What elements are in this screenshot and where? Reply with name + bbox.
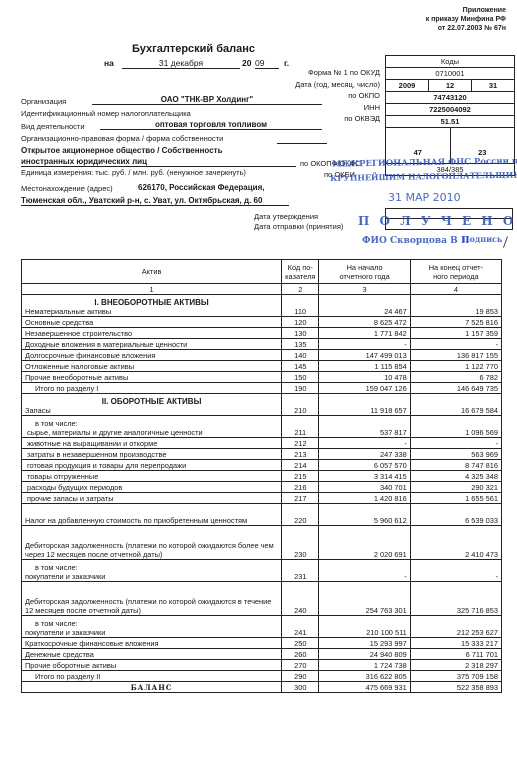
row-code: 211 [282, 416, 319, 438]
row-code: 140 [282, 350, 319, 361]
table-row: прочие запасы и затраты2171 420 8161 655… [22, 493, 502, 504]
table-row: II. ОБОРОТНЫЕ АКТИВЫЗапасы21011 918 6571… [22, 394, 502, 416]
row-start-value: 1 420 816 [319, 493, 410, 504]
address-value-2: Тюменская обл., Уватский р-н, с. Уват, у… [21, 196, 289, 206]
header-code: Код по- казателя [282, 260, 319, 284]
stamp-name: ФИО Скворцова В П [362, 236, 469, 246]
row-code: 217 [282, 493, 319, 504]
section-title: II. ОБОРОТНЫЕ АКТИВЫ [25, 397, 278, 406]
table-row: Итого по разделу II290316 622 805375 709… [22, 671, 502, 682]
row-label: Итого по разделу II [22, 671, 282, 682]
row-start-value: 11 918 657 [319, 394, 410, 416]
row-label-text: Итого по разделу I [25, 384, 278, 393]
row-code: 290 [282, 671, 319, 682]
table-row: Прочие внеоборотные активы15010 4786 782 [22, 372, 502, 383]
row-label: Доходные вложения в материальные ценност… [22, 339, 282, 350]
row-label: Денежные средства [22, 649, 282, 660]
row-label: Дебиторская задолженность (платежи по ко… [22, 526, 282, 560]
row-end-value: - [410, 438, 501, 449]
table-row: Прочие оборотные активы2701 724 7382 318… [22, 660, 502, 671]
row-start-value: 3 314 415 [319, 471, 410, 482]
table-row: Итого по разделу I190159 047 126146 649 … [22, 383, 502, 394]
column-number-row: 1 2 3 4 [22, 284, 502, 295]
row-label-text: сырье, материалы и другие аналогичные це… [25, 428, 278, 437]
row-start-value: 1 115 854 [319, 361, 410, 372]
row-prefix: в том числе: [25, 619, 278, 628]
row-code: 145 [282, 361, 319, 372]
row-label: затраты в незавершенном производстве [22, 449, 282, 460]
row-label-text: Денежные средства [25, 650, 278, 659]
row-label: I. ВНЕОБОРОТНЫЕ АКТИВЫНематериальные акт… [22, 295, 282, 317]
row-label: прочие запасы и затраты [22, 493, 282, 504]
row-end-value: 8 747 816 [410, 460, 501, 471]
as-of-suffix: г. [284, 58, 289, 68]
row-label: товары отгруженные [22, 471, 282, 482]
row-label: Дебиторская задолженность (платежи по ко… [22, 582, 282, 616]
row-code: 120 [282, 317, 319, 328]
row-label: Отложенные налоговые активы [22, 361, 282, 372]
header-asset: Актив [22, 260, 282, 284]
address-value-1: 626170, Российская Федерация, [138, 183, 264, 192]
row-label-text: прочие запасы и затраты [25, 494, 278, 503]
header-end: На конец отчет- ного периода [410, 260, 501, 284]
code-okpo: 74743120 [386, 92, 514, 104]
row-code: 130 [282, 328, 319, 339]
activity-value: оптовая торговля топливом [100, 120, 322, 130]
code-okud: 0710001 [386, 68, 514, 80]
colnum-3: 3 [319, 284, 410, 295]
row-start-value: 2 020 691 [319, 526, 410, 560]
row-code: 110 [282, 295, 319, 317]
table-row: в том числе:покупатели и заказчики241210… [22, 616, 502, 638]
row-code: 213 [282, 449, 319, 460]
row-code: 212 [282, 438, 319, 449]
row-start-value: 537 817 [319, 416, 410, 438]
row-label: готовая продукция и товары для перепрода… [22, 460, 282, 471]
row-start-value: - [319, 339, 410, 350]
row-prefix: в том числе: [25, 419, 278, 428]
table-row: готовая продукция и товары для перепрода… [22, 460, 502, 471]
row-label: расходы будущих периодов [22, 482, 282, 493]
row-end-value: 136 817 155 [410, 350, 501, 361]
row-label-text: Долгосрочные финансовые вложения [25, 351, 278, 360]
row-start-value: 159 047 126 [319, 383, 410, 394]
row-label: в том числе:сырье, материалы и другие ан… [22, 416, 282, 438]
row-start-value: 24 467 [319, 295, 410, 317]
row-label-text: Нематериальные активы [25, 307, 278, 316]
row-prefix: в том числе: [25, 563, 278, 572]
as-of-prefix: на [104, 58, 114, 68]
row-label-text: Прочие внеоборотные активы [25, 373, 278, 382]
section-title: I. ВНЕОБОРОТНЫЕ АКТИВЫ [25, 298, 278, 307]
legal-form-value-2: иностранных юридических лиц [21, 157, 296, 167]
row-label: Итого по разделу I [22, 383, 282, 394]
row-code: 210 [282, 394, 319, 416]
approval-date-label: Дата утверждения [254, 212, 318, 221]
inn-label: Идентификационный номер налогоплательщик… [21, 109, 191, 118]
row-end-value: 325 716 853 [410, 582, 501, 616]
row-label-text: покупатели и заказчики [25, 628, 278, 637]
table-row: Незавершенное строительство1301 771 8421… [22, 328, 502, 339]
code-okved: 51.51 [386, 116, 514, 128]
table-body: I. ВНЕОБОРОТНЫЕ АКТИВЫНематериальные акт… [22, 295, 502, 693]
row-label: Краткосрочные финансовые вложения [22, 638, 282, 649]
stamp-signature-label: Подпись [462, 234, 502, 244]
row-label-text: затраты в незавершенном производстве [25, 450, 278, 459]
row-end-value: - [410, 560, 501, 582]
table-row: Дебиторская задолженность (платежи по ко… [22, 582, 502, 616]
row-code: 241 [282, 616, 319, 638]
row-label-text: Краткосрочные финансовые вложения [25, 639, 278, 648]
row-code: 215 [282, 471, 319, 482]
row-start-value: 24 940 809 [319, 649, 410, 660]
table-header-row: Актив Код по- казателя На начало отчетно… [22, 260, 502, 284]
code-inn: 7225004092 [386, 104, 514, 116]
row-label-text: товары отгруженные [25, 472, 278, 481]
unit-label: Единица измерения: тыс. руб. / млн. руб.… [21, 168, 246, 177]
appendix-note: Приложение к приказу Минфина РФ от 22.07… [426, 6, 506, 33]
row-start-value: 1 771 842 [319, 328, 410, 339]
table-row: затраты в незавершенном производстве2132… [22, 449, 502, 460]
colnum-4: 4 [410, 284, 501, 295]
balance-table: Актив Код по- казателя На начало отчетно… [21, 259, 502, 693]
row-label-text: Отложенные налоговые активы [25, 362, 278, 371]
row-label-text: Итого по разделу II [25, 672, 278, 681]
row-start-value: 8 625 472 [319, 317, 410, 328]
stamp-agency-line-2: КРУПНЕЙШИМ НАЛОГОПЛАТЕЛЬЩИКАМ №1 [330, 169, 517, 183]
label-okud: Форма № 1 по ОКУД [210, 68, 380, 77]
row-end-value: 1 122 770 [410, 361, 501, 372]
signature-mark [503, 236, 508, 248]
table-row: в том числе:покупатели и заказчики231-- [22, 560, 502, 582]
row-end-value: 563 969 [410, 449, 501, 460]
row-label-text: Дебиторская задолженность (платежи по ко… [25, 597, 278, 615]
appendix-line-1: Приложение [426, 6, 506, 15]
row-label-text: животные на выращивании и откорме [25, 439, 278, 448]
table-row: расходы будущих периодов216340 701290 32… [22, 482, 502, 493]
table-row: Отложенные налоговые активы1451 115 8541… [22, 361, 502, 372]
as-of-year-prefix: 20 [242, 58, 251, 68]
row-start-value: 475 669 931 [319, 682, 410, 693]
table-row: в том числе:сырье, материалы и другие ан… [22, 416, 502, 438]
row-label: Незавершенное строительство [22, 328, 282, 339]
row-label: Прочие оборотные активы [22, 660, 282, 671]
row-start-value: 254 763 301 [319, 582, 410, 616]
row-label: в том числе:покупатели и заказчики [22, 616, 282, 638]
row-label-text: покупатели и заказчики [25, 572, 278, 581]
row-label: Прочие внеоборотные активы [22, 372, 282, 383]
table-row: БАЛАНС300475 669 931522 358 893 [22, 682, 502, 693]
table-row: Доходные вложения в материальные ценност… [22, 339, 502, 350]
label-date: Дата (год, месяц, число) [210, 80, 380, 89]
row-start-value: 147 499 013 [319, 350, 410, 361]
row-end-value: 1 096 569 [410, 416, 501, 438]
row-start-value: 316 622 805 [319, 671, 410, 682]
row-label-text: Незавершенное строительство [25, 329, 278, 338]
row-code: 214 [282, 460, 319, 471]
row-code: 231 [282, 560, 319, 582]
appendix-line-3: от 22.07.2003 № 67н [426, 24, 506, 33]
row-code: 216 [282, 482, 319, 493]
row-label-text: расходы будущих периодов [25, 483, 278, 492]
row-end-value: 375 709 158 [410, 671, 501, 682]
appendix-line-2: к приказу Минфина РФ [426, 15, 506, 24]
row-end-value: 19 853 [410, 295, 501, 317]
row-end-value: 16 679 584 [410, 394, 501, 416]
stamp-received: П О Л У Ч Е Н О [358, 214, 516, 228]
row-start-value: - [319, 560, 410, 582]
row-code: 270 [282, 660, 319, 671]
code-date: 2009 12 31 [386, 80, 514, 92]
table-row: товары отгруженные2153 314 4154 325 348 [22, 471, 502, 482]
row-end-value: 2 318 297 [410, 660, 501, 671]
row-label: животные на выращивании и откорме [22, 438, 282, 449]
row-label: Основные средства [22, 317, 282, 328]
row-end-value: 6 782 [410, 372, 501, 383]
row-end-value: 6 539 033 [410, 504, 501, 526]
row-label: Налог на добавленную стоимость по приобр… [22, 504, 282, 526]
row-label-text: Доходные вложения в материальные ценност… [25, 340, 278, 349]
row-label-text: Запасы [25, 406, 278, 415]
row-start-value: 210 100 511 [319, 616, 410, 638]
row-label: БАЛАНС [22, 682, 282, 693]
row-label-text: Налог на добавленную стоимость по приобр… [25, 516, 278, 525]
row-code: 150 [282, 372, 319, 383]
row-code: 250 [282, 638, 319, 649]
row-end-value: 4 325 348 [410, 471, 501, 482]
row-end-value: 1 157 359 [410, 328, 501, 339]
row-label: II. ОБОРОТНЫЕ АКТИВЫЗапасы [22, 394, 282, 416]
legal-form-label: Организационно-правовая форма / форма со… [21, 134, 223, 143]
stamp-date: 31 МАР 2010 [388, 191, 461, 204]
row-code: 240 [282, 582, 319, 616]
row-end-value: 6 711 701 [410, 649, 501, 660]
table-row: животные на выращивании и откорме212-- [22, 438, 502, 449]
row-code: 135 [282, 339, 319, 350]
row-end-value: 290 321 [410, 482, 501, 493]
table-row: Долгосрочные финансовые вложения140147 4… [22, 350, 502, 361]
legal-form-line [277, 143, 327, 144]
table-row: Краткосрочные финансовые вложения25015 2… [22, 638, 502, 649]
row-end-value: 146 649 735 [410, 383, 501, 394]
row-label: в том числе:покупатели и заказчики [22, 560, 282, 582]
codes-header: Коды [386, 56, 514, 68]
address-label: Местонахождение (адрес) [21, 184, 113, 193]
legal-form-value-1: Открытое акционерное общество / Собствен… [21, 146, 222, 155]
row-end-value: 1 655 561 [410, 493, 501, 504]
row-end-value: 15 333 217 [410, 638, 501, 649]
org-value: ОАО "ТНК-ВР Холдинг" [92, 95, 322, 105]
send-date-label: Дата отправки (принятия) [254, 222, 343, 231]
org-label: Организация [21, 97, 66, 106]
row-end-value: 7 525 816 [410, 317, 501, 328]
table-row: Основные средства1208 625 4727 525 816 [22, 317, 502, 328]
row-label-text: Прочие оборотные активы [25, 661, 278, 670]
row-start-value: 5 960 612 [319, 504, 410, 526]
row-code: 300 [282, 682, 319, 693]
row-code: 230 [282, 526, 319, 560]
row-label: Долгосрочные финансовые вложения [22, 350, 282, 361]
row-end-value: - [410, 339, 501, 350]
table-row: Дебиторская задолженность (платежи по ко… [22, 526, 502, 560]
row-label-text: Основные средства [25, 318, 278, 327]
colnum-2: 2 [282, 284, 319, 295]
colnum-1: 1 [22, 284, 282, 295]
row-end-value: 2 410 473 [410, 526, 501, 560]
row-code: 260 [282, 649, 319, 660]
row-end-value: 522 358 893 [410, 682, 501, 693]
table-row: Налог на добавленную стоимость по приобр… [22, 504, 502, 526]
row-label-text: БАЛАНС [25, 683, 278, 692]
row-start-value: 340 701 [319, 482, 410, 493]
row-code: 220 [282, 504, 319, 526]
row-end-value: 212 253 627 [410, 616, 501, 638]
table-row: I. ВНЕОБОРОТНЫЕ АКТИВЫНематериальные акт… [22, 295, 502, 317]
row-start-value: - [319, 438, 410, 449]
activity-label: Вид деятельности [21, 122, 85, 131]
row-start-value: 6 057 570 [319, 460, 410, 471]
code-date-day: 31 [472, 80, 514, 91]
row-code: 190 [282, 383, 319, 394]
row-label-text: Дебиторская задолженность (платежи по ко… [25, 541, 278, 559]
row-start-value: 1 724 738 [319, 660, 410, 671]
row-start-value: 247 338 [319, 449, 410, 460]
code-date-year: 2009 [386, 80, 429, 91]
row-start-value: 15 293 997 [319, 638, 410, 649]
table-row: Денежные средства26024 940 8096 711 701 [22, 649, 502, 660]
row-label-text: готовая продукция и товары для перепрода… [25, 461, 278, 470]
document-title: Бухгалтерский баланс [132, 43, 255, 55]
header-start: На начало отчетного года [319, 260, 410, 284]
row-start-value: 10 478 [319, 372, 410, 383]
code-date-month: 12 [429, 80, 472, 91]
